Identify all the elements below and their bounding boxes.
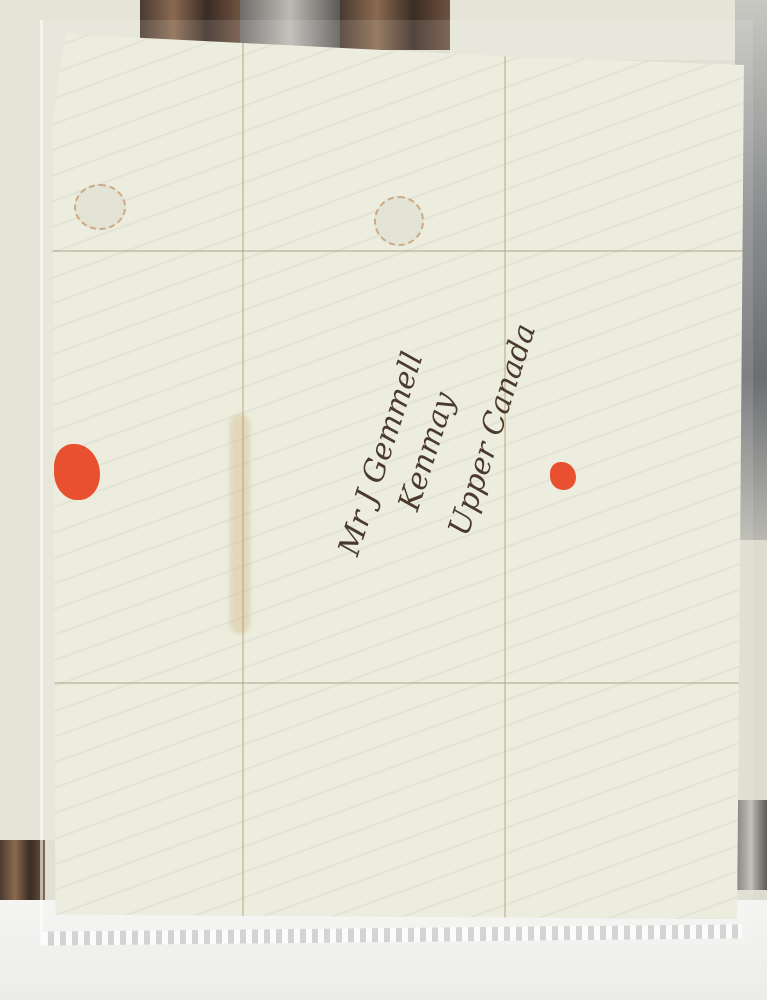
wax-seal-right xyxy=(550,462,576,490)
seal-hole-center xyxy=(374,196,424,246)
seal-hole-left xyxy=(74,184,126,230)
photo-scene: Mr J Gemmell Kenmay Upper Canada xyxy=(0,0,767,1000)
fold-line-top xyxy=(52,250,744,252)
address-block: Mr J Gemmell Kenmay Upper Canada xyxy=(335,265,505,565)
fold-line-bottom xyxy=(52,682,744,684)
fold-stain xyxy=(230,414,250,634)
